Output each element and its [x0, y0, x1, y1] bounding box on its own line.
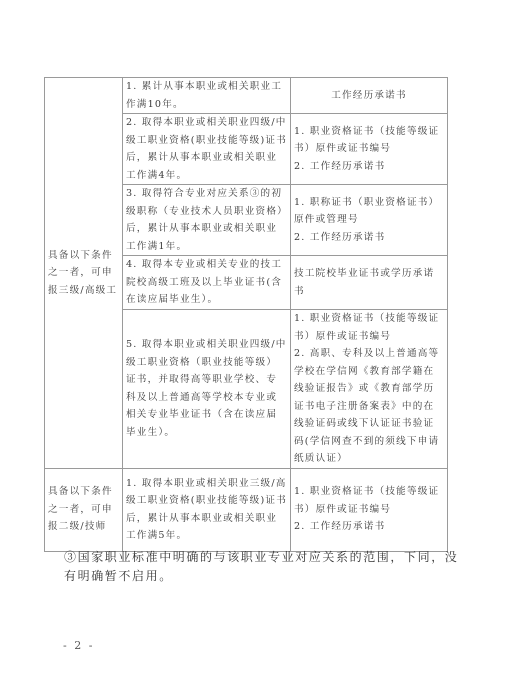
requirement-cell: 2. 取得本职业或相关职业四级/中级工职业资格(职业技能等级)证书后，累计从事本… — [123, 114, 291, 185]
materials-cell: 1. 职业资格证书（技能等级证书）原件或证书编号 2. 工作经历承诺书 — [291, 114, 448, 185]
requirement-cell: 1. 累计从事本职业或相关职业工作满10年。 — [123, 78, 291, 114]
footnote: ③国家职业标准中明确的与该职业专业对应关系的范围，下同，没有明确暂不启用。 — [64, 548, 464, 586]
condition-cell-level2: 具备以下条件之一者，可申报二级/技师 — [45, 468, 123, 551]
materials-cell: 工作经历承诺书 — [291, 78, 448, 114]
page-number: - 2 - — [63, 639, 94, 652]
materials-cell: 1. 职业资格证书（技能等级证书）原件或证书编号 2. 高职、专科及以上普通高等… — [291, 310, 448, 469]
condition-cell-level3: 具备以下条件之一者，可申报三级/高级工 — [45, 78, 123, 469]
materials-cell: 1. 职业资格证书（技能等级证书）原件或证书编号 2. 工作经历承诺书 — [291, 468, 448, 551]
requirement-cell: 3. 取得符合专业对应关系③的初级职称（专业技术人员职业资格）后，累计从事本职业… — [123, 185, 291, 256]
requirement-cell: 5. 取得本职业或相关职业四级/中级工职业资格（职业技能等级）证书，并取得高等职… — [123, 310, 291, 469]
requirement-cell: 4. 取得本专业或相关专业的技工院校高级工班及以上毕业证书(含在读应届毕业生）。 — [123, 256, 291, 310]
qualification-table: 具备以下条件之一者，可申报三级/高级工 1. 累计从事本职业或相关职业工作满10… — [44, 77, 448, 552]
materials-cell: 1. 职称证书（职业资格证书）原件或管理号 2. 工作经历承诺书 — [291, 185, 448, 256]
materials-cell: 技工院校毕业证书或学历承诺书 — [291, 256, 448, 310]
requirement-cell: 1. 取得本职业或相关职业三级/高级工职业资格(职业技能等级)证书后，累计从事本… — [123, 468, 291, 551]
